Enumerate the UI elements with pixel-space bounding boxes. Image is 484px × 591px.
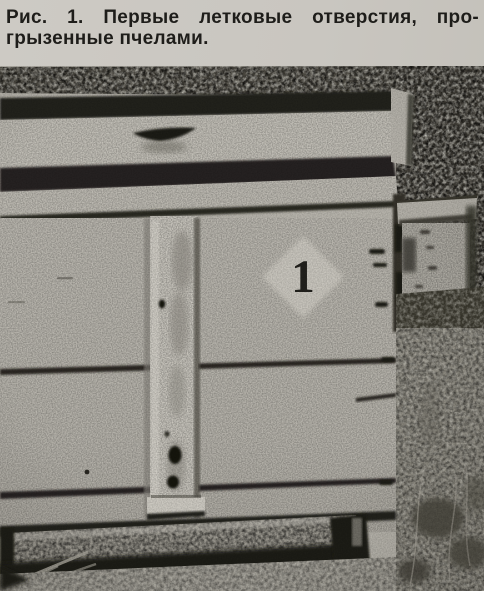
photo-vignette (0, 66, 484, 591)
figure-caption-line-2: грызенные пчелами. (6, 28, 479, 49)
beehive-photo-illustration: 1 (0, 66, 484, 591)
figure-caption-line-1: Рис. 1. Первые летковые отверстия, про- (6, 7, 479, 28)
figure-photo: 1 (0, 66, 484, 591)
figure-caption: Рис. 1. Первые летковые отверстия, про- … (6, 7, 479, 49)
scanned-book-page: Рис. 1. Первые летковые отверстия, про- … (0, 0, 484, 591)
